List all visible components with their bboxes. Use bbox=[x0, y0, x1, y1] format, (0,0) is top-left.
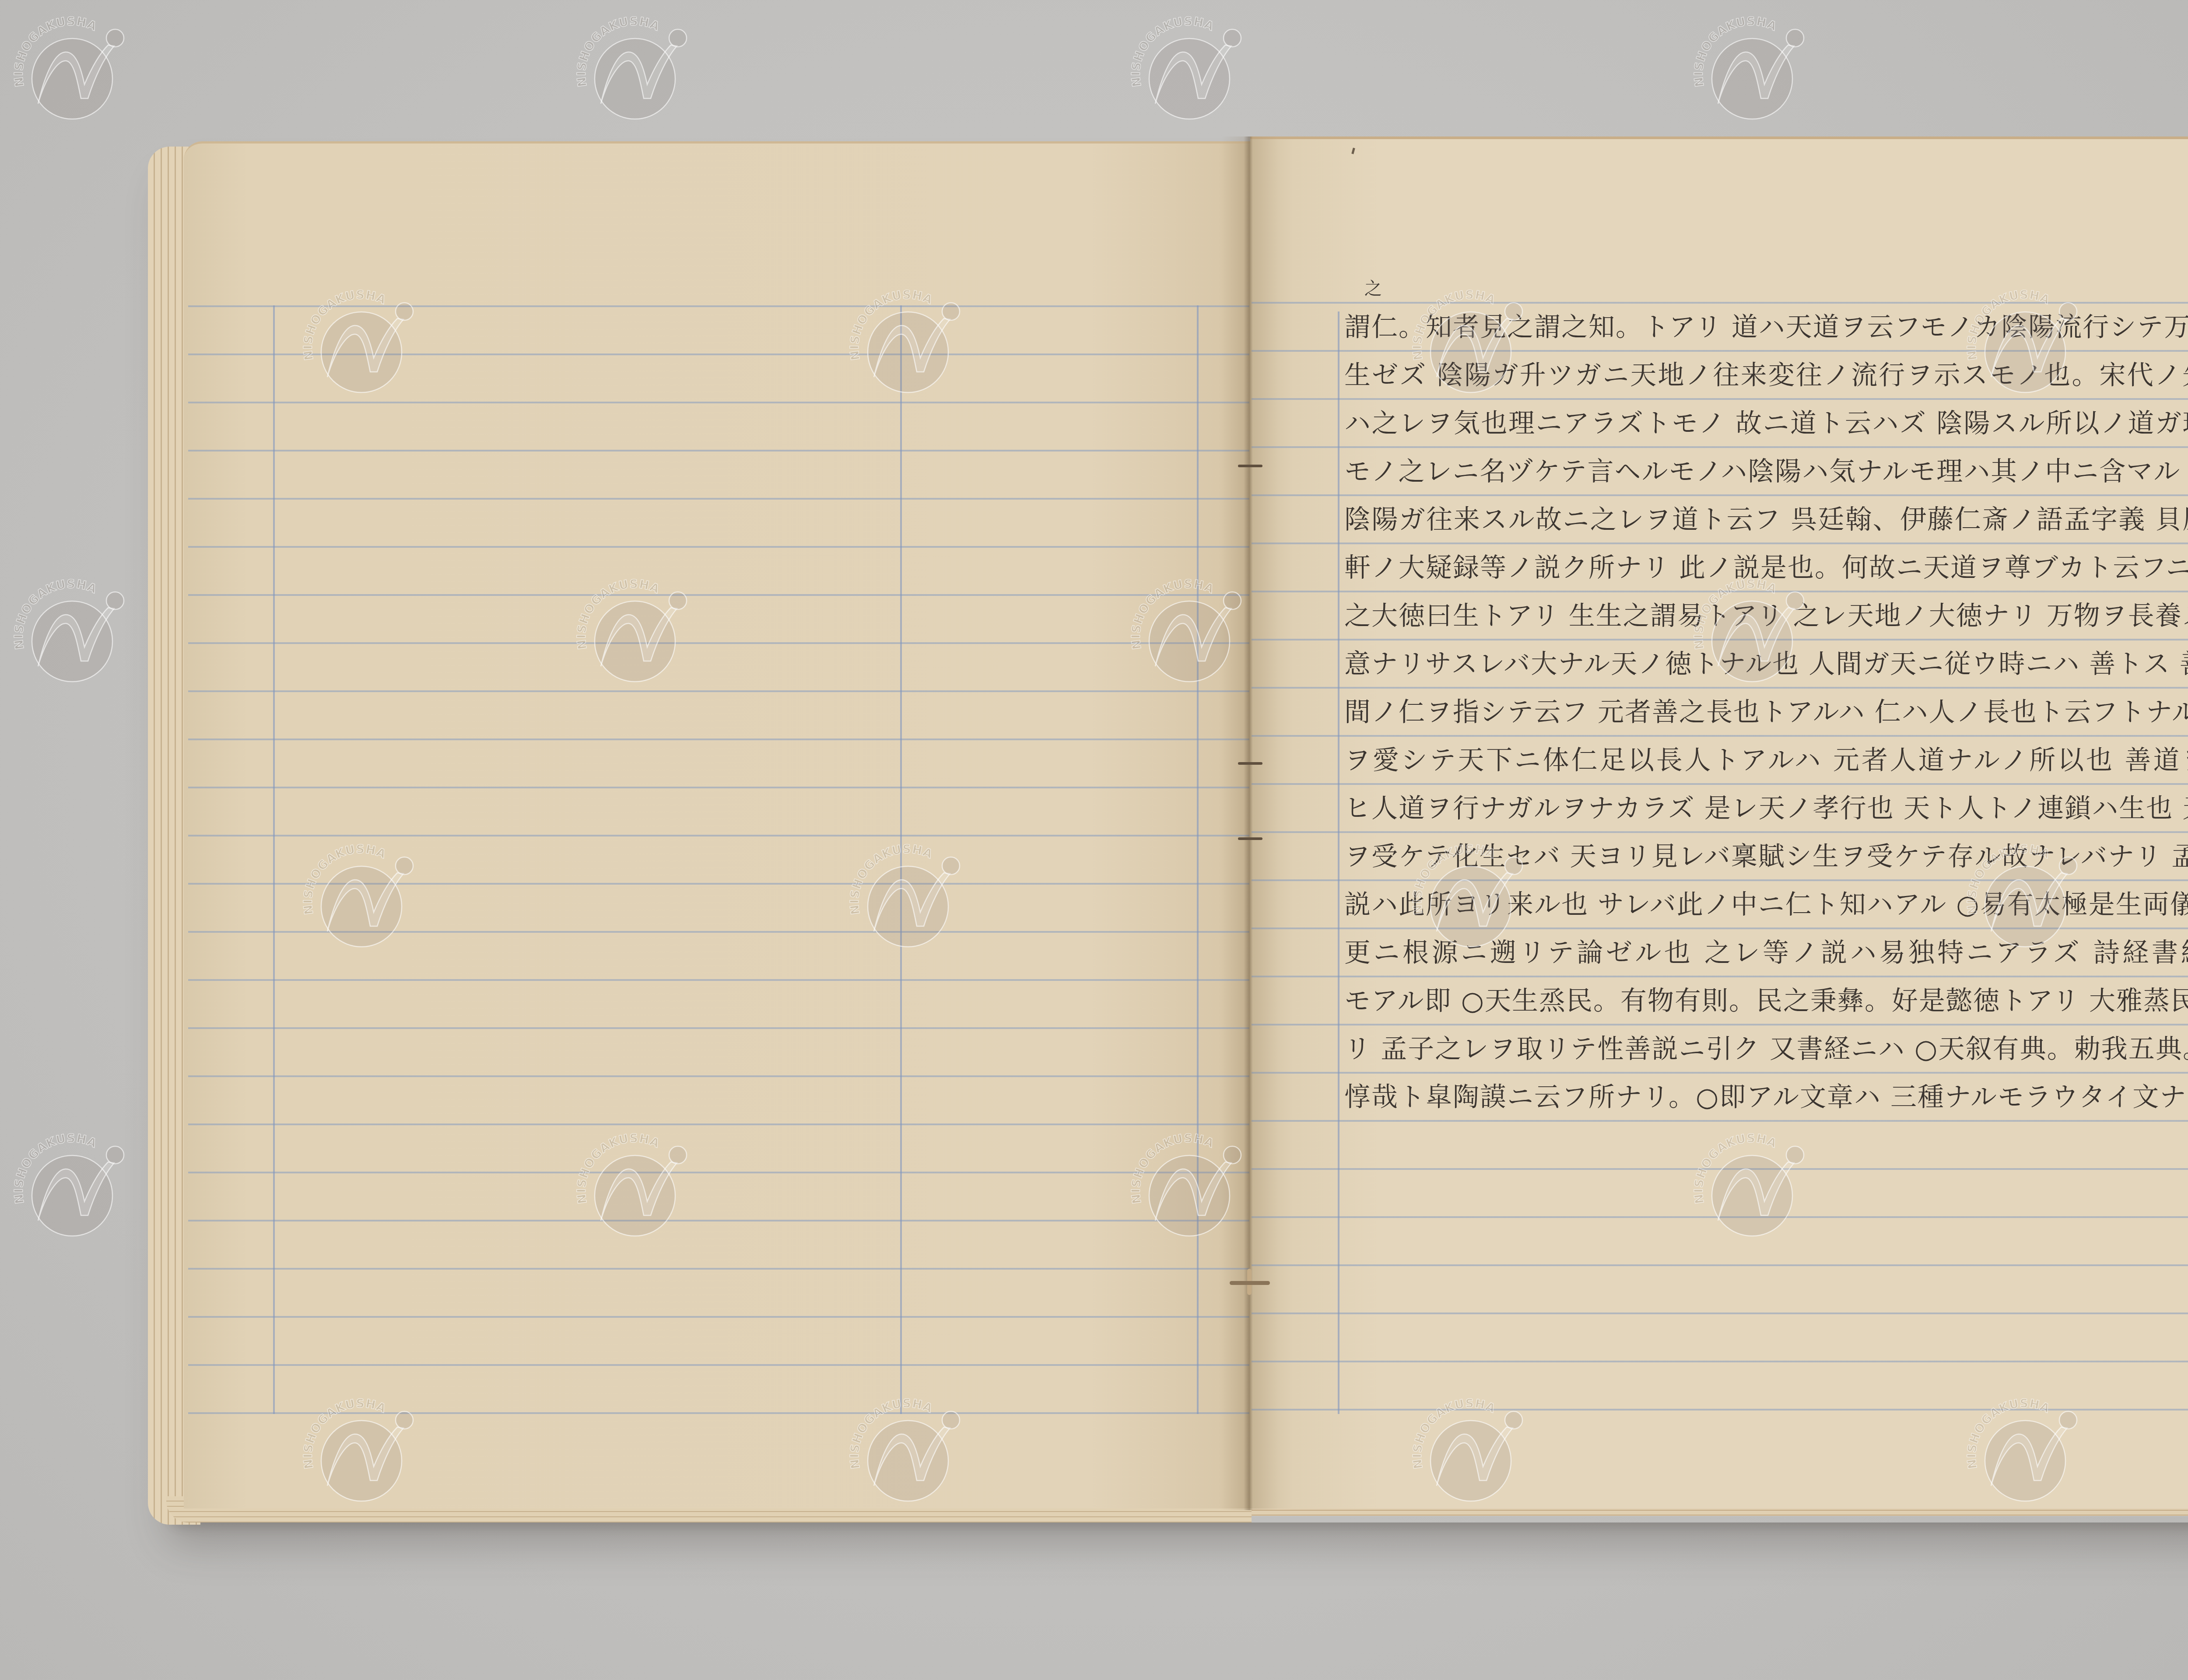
binding-tick-mark bbox=[1238, 465, 1262, 467]
handwritten-line: リ 孟子之レヲ取リテ性善説ニ引ク 又書経ニハ ○天叙有典。勅我五典。五 bbox=[1344, 1024, 2188, 1072]
right-page-margin-rule bbox=[1338, 311, 1339, 1414]
handwritten-line: 陰陽ガ往来スル故ニ之レヲ道ト云フ 呉廷翰、伊藤仁斎ノ語孟字義 貝原益 bbox=[1344, 494, 2188, 542]
left-page-margin-rule bbox=[273, 305, 275, 1414]
watermark-logo bbox=[12, 1132, 124, 1236]
handwritten-line: ヒ人道ヲ行ナガルヲナカラズ 是レ天ノ孝行也 天ト人トノ連鎖ハ生也 天ノ理気 bbox=[1344, 783, 2188, 831]
handwritten-line: 生ゼズ 陰陽ガ升ツガニ天地ノ往来変往ノ流行ヲ示スモノ也。宋代ノ先儒 bbox=[1344, 350, 2188, 398]
binding-tick-mark bbox=[1238, 762, 1262, 765]
handwritten-line: 説ハ此所ヨリ来ル也 サレバ此ノ中ニ仁ト知ハアル ○易有太極是生両儀トアルハ bbox=[1344, 879, 2188, 927]
handwritten-line: ハ之レヲ気也理ニアラズトモノ 故ニ道ト云ハズ 陰陽スル所以ノ道ガ理ナ bbox=[1344, 398, 2188, 446]
handwritten-line: 更ニ根源ニ遡リテ論ゼル也 之レ等ノ説ハ易独特ニアラズ 詩経書経ニ bbox=[1344, 927, 2188, 976]
handwritten-line: 謂仁。知者見之謂之知。トアリ 道ハ天道ヲ云フモノカ陰陽流行シテ万物ヲ bbox=[1344, 302, 2188, 350]
handwritten-line: 間ノ仁ヲ指シテ云フ 元者善之長也トアルハ 仁ハ人ノ長也ト云フトナルナリ 此ノ徳 bbox=[1344, 687, 2188, 735]
handwritten-text-block: 謂仁。知者見之謂之知。トアリ 道ハ天道ヲ云フモノカ陰陽流行シテ万物ヲ 生ゼズ 陰… bbox=[1344, 302, 2188, 1120]
binding-tick-mark bbox=[1238, 837, 1262, 840]
left-page-center-rule bbox=[900, 305, 902, 1414]
binding-gutter bbox=[1221, 136, 1278, 1510]
watermark-logo bbox=[1129, 15, 1241, 119]
handwritten-line: ヲ愛シテ天下ニ体仁足以長人トアルハ 元者人道ナルノ所以也 善道ヲ行 bbox=[1344, 735, 2188, 783]
watermark-logo bbox=[12, 15, 124, 119]
left-page-ruled-lines bbox=[188, 305, 1249, 1414]
watermark-logo bbox=[1692, 15, 1804, 119]
watermark-logo bbox=[575, 15, 687, 119]
handwritten-line: 之大徳曰生トアリ 生生之謂易トアリ 之レ天地ノ大徳ナリ 万物ヲ長養スル所ハ天 bbox=[1344, 591, 2188, 639]
left-page-inner-rule bbox=[1197, 305, 1199, 1414]
handwritten-line: モノ之レニ名ヅケテ言ヘルモノハ陰陽ハ気ナルモ理ハ其ノ中ニ含マル 理ヲ含メル気ノ bbox=[1344, 446, 2188, 494]
handwritten-line: モアル即 ○天生烝民。有物有則。民之秉彝。好是懿徳トアリ 大雅蒸民ニア bbox=[1344, 976, 2188, 1024]
staple-icon bbox=[1230, 1281, 1270, 1285]
margin-annotation: 之 bbox=[1364, 275, 1382, 300]
handwritten-line: 軒ノ大疑録等ノ説ク所ナリ 此ノ説是也。何故ニ天道ヲ尊ブカト云フニ 天地 bbox=[1344, 542, 2188, 591]
handwritten-line: ヲ受ケテ化生セバ 天ヨリ見レバ稟賦シ生ヲ受ケテ存ル故ナレバナリ 孟子性善 bbox=[1344, 831, 2188, 879]
handwritten-line: 意ナリサスレバ大ナル天ノ徳トナル也 人間ガ天ニ従ウ時ニハ 善トス 善ハ人 bbox=[1344, 639, 2188, 687]
watermark-logo bbox=[12, 577, 124, 682]
handwritten-line: 惇哉ト皐陶謨ニ云フ所ナリ。○即アル文章ハ 三種ナルモラウタイ文ナリ。 bbox=[1344, 1072, 2188, 1120]
